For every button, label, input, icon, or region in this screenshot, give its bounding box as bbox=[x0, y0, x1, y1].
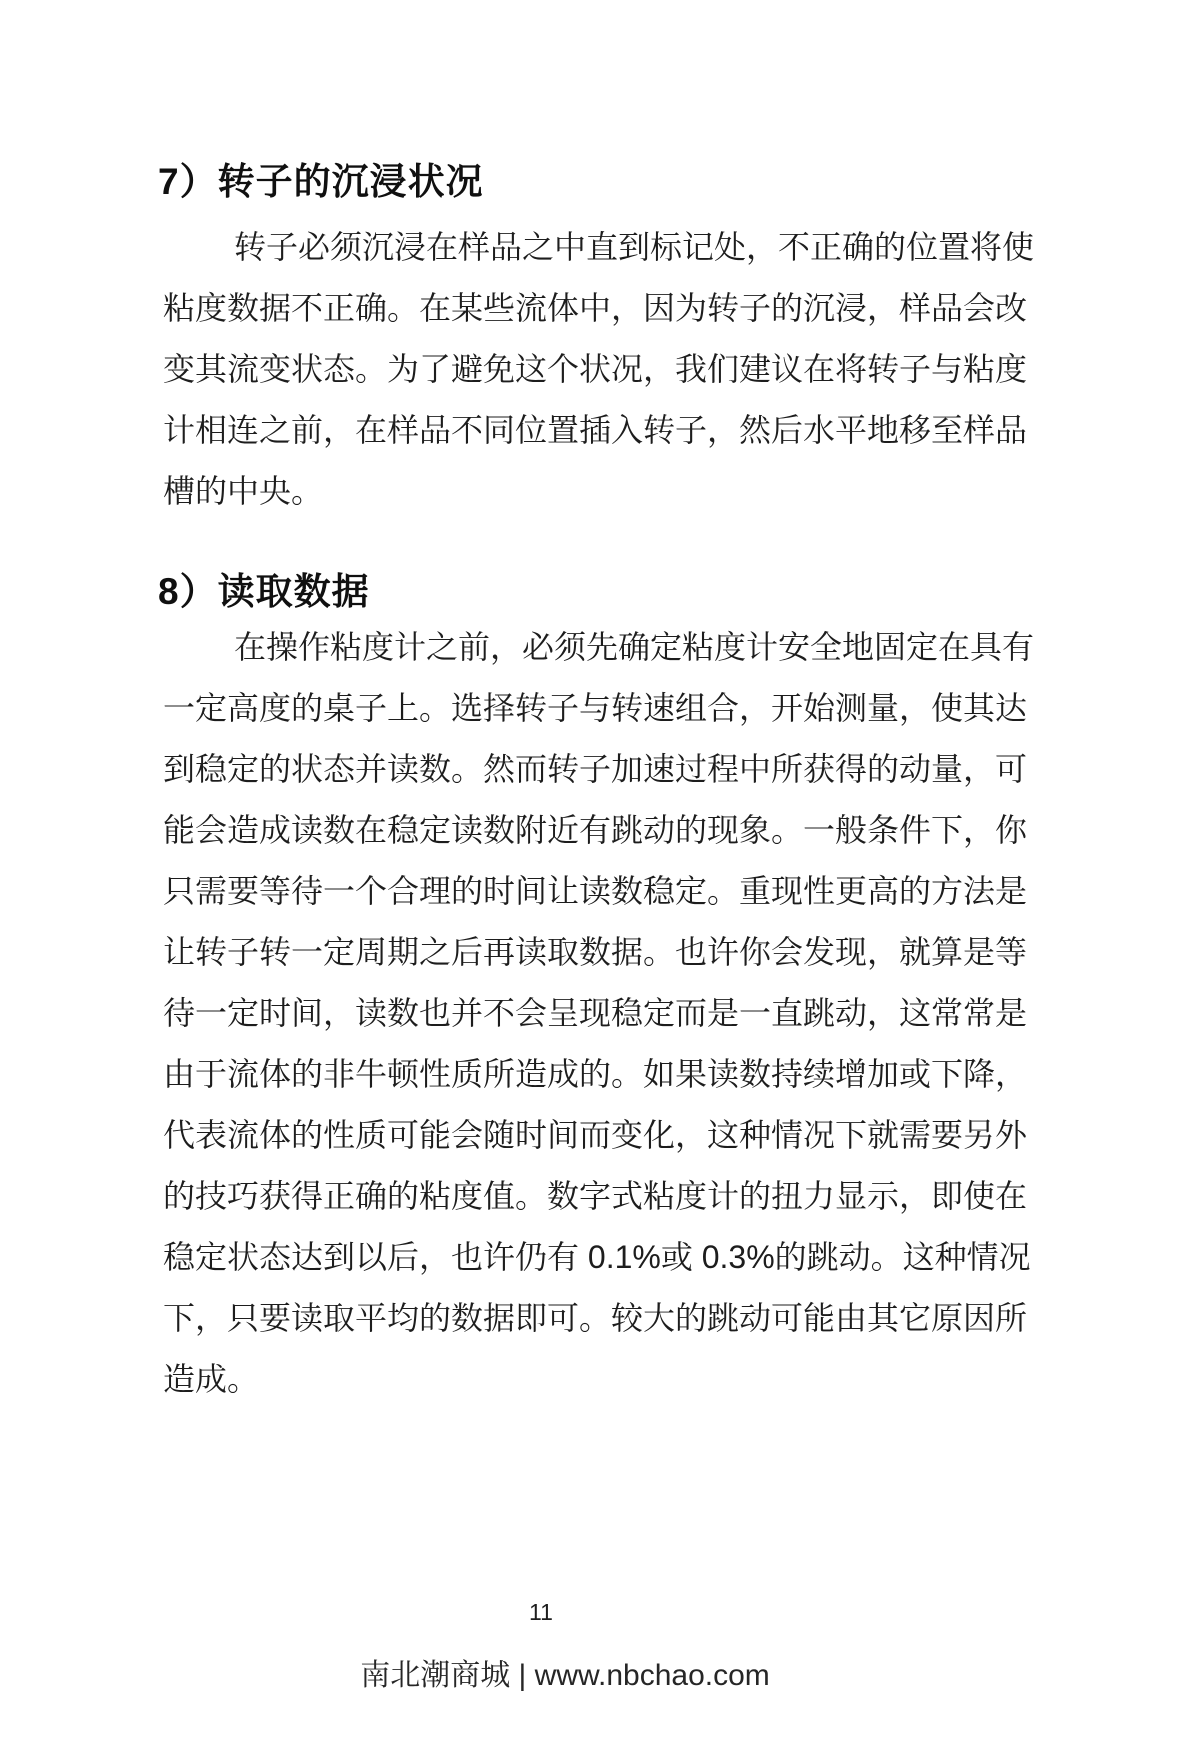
footer-separator: | bbox=[510, 1659, 534, 1692]
text-line: 一定高度的桌子上。选择转子与转速组合，开始测量，使其达 bbox=[163, 678, 1043, 739]
document-page: 7）转子的沉浸状况 转子必须沉浸在样品之中直到标记处，不正确的位置将使 粘度数据… bbox=[0, 0, 1200, 1742]
text-line: 能会造成读数在稳定读数附近有跳动的现象。一般条件下，你 bbox=[163, 800, 1043, 861]
text-line: 由于流体的非牛顿性质所造成的。如果读数持续增加或下降， bbox=[163, 1044, 1043, 1105]
text-line: 到稳定的状态并读数。然而转子加速过程中所获得的动量，可 bbox=[163, 739, 1043, 800]
section-7-heading: 7）转子的沉浸状况 bbox=[158, 158, 1038, 206]
text-line: 的技巧获得正确的粘度值。数字式粘度计的扭力显示，即使在 bbox=[163, 1166, 1043, 1227]
page-footer: 南北潮商城 | www.nbchao.com bbox=[360, 1655, 770, 1697]
text-line: 让转子转一定周期之后再读取数据。也许你会发现，就算是等 bbox=[163, 922, 1043, 983]
text-line: 只需要等待一个合理的时间让读数稳定。重现性更高的方法是 bbox=[163, 861, 1043, 922]
text-line: 造成。 bbox=[163, 1349, 1043, 1410]
text-line: 在操作粘度计之前，必须先确定粘度计安全地固定在具有 bbox=[163, 617, 1043, 678]
text-line: 计相连之前，在样品不同位置插入转子，然后水平地移至样品 bbox=[163, 400, 1043, 461]
text-line: 代表流体的性质可能会随时间而变化，这种情况下就需要另外 bbox=[163, 1105, 1043, 1166]
section-8-heading: 8）读取数据 bbox=[158, 568, 1038, 616]
footer-url: www.nbchao.com bbox=[535, 1659, 770, 1692]
text-line: 粘度数据不正确。在某些流体中，因为转子的沉浸，样品会改 bbox=[163, 278, 1043, 339]
section-7-paragraph: 转子必须沉浸在样品之中直到标记处，不正确的位置将使 粘度数据不正确。在某些流体中… bbox=[163, 217, 1043, 522]
text-line: 待一定时间，读数也并不会呈现稳定而是一直跳动，这常常是 bbox=[163, 983, 1043, 1044]
footer-site-name: 南北潮商城 bbox=[360, 1659, 510, 1692]
section-8-paragraph: 在操作粘度计之前，必须先确定粘度计安全地固定在具有 一定高度的桌子上。选择转子与… bbox=[163, 617, 1043, 1410]
text-line: 转子必须沉浸在样品之中直到标记处，不正确的位置将使 bbox=[163, 217, 1043, 278]
text-line: 槽的中央。 bbox=[163, 461, 1043, 522]
page-number: 11 bbox=[529, 1598, 553, 1626]
text-line: 稳定状态达到以后，也许仍有 0.1%或 0.3%的跳动。这种情况 bbox=[163, 1227, 1043, 1288]
text-line: 下，只要读取平均的数据即可。较大的跳动可能由其它原因所 bbox=[163, 1288, 1043, 1349]
text-line: 变其流变状态。为了避免这个状况，我们建议在将转子与粘度 bbox=[163, 339, 1043, 400]
